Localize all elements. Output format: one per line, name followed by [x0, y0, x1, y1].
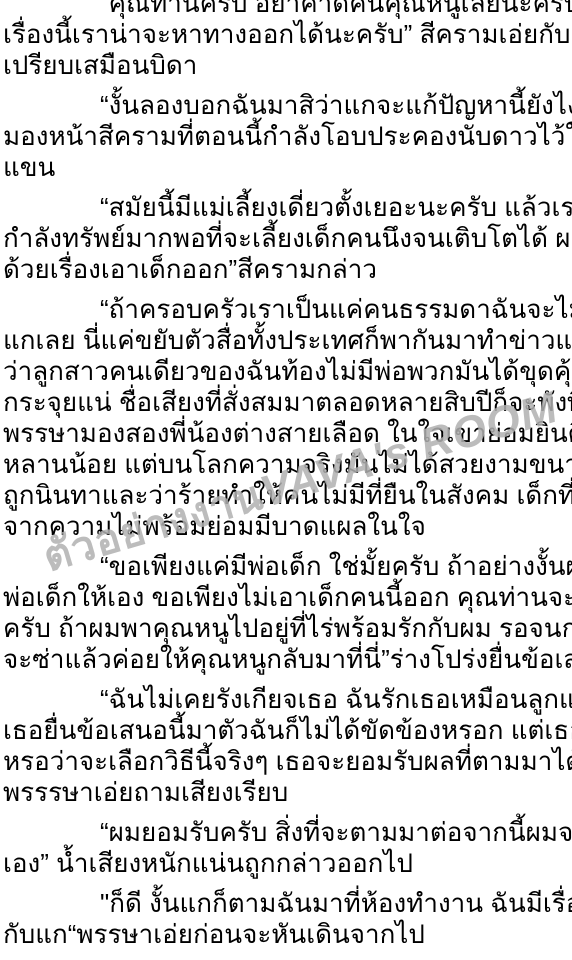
novel-text-content: “คุณท่านครับ อย่าคาดคั้นคุณหนูเลยนะครับ …	[0, 0, 572, 950]
text-line: “ขอเพียงแค่มีพ่อเด็ก ใช่มั้ยครับ ถ้าอย่า…	[3, 551, 562, 582]
text-line: ว่าลูกสาวคนเดียวของฉันท้องไม่มีพ่อพวกมัน…	[3, 356, 562, 387]
text-line: กระจุยแน่ ชื่อเสียงที่สั่งสมมาตลอดหลายสิ…	[3, 387, 562, 418]
text-line: “ผมยอมรับครับ สิ่งที่จะตามมาต่อจากนี้ผมจ…	[3, 817, 562, 848]
text-line: ครับ ถ้าผมพาคุณหนูไปอยู่ที่ไร่พร้อมรักกั…	[3, 613, 562, 644]
paragraph: “สมัยนี้มีแม่เลี้ยงเดี่ยวตั้งเยอะนะครับ …	[3, 192, 562, 285]
paragraph: “ขอเพียงแค่มีพ่อเด็ก ใช่มั้ยครับ ถ้าอย่า…	[3, 551, 562, 675]
paragraph: “คุณท่านครับ อย่าคาดคั้นคุณหนูเลยนะครับ …	[3, 0, 562, 81]
text-line: “ถ้าครอบครัวเราเป็นแค่คนธรรมดาฉันจะไม่ว่…	[3, 294, 562, 325]
text-line: เธอยื่นข้อเสนอนี้มาตัวฉันก็ไม่ได้ขัดข้อง…	[3, 715, 562, 746]
text-line: แขน	[3, 152, 562, 183]
text-line: "ก็ดี งั้นแกก็ตามฉันมาที่ห้องทำงาน ฉันมี…	[3, 888, 562, 919]
text-line: กำลังทรัพย์มากพอที่จะเลี้ยงเด็กคนนึงจนเต…	[3, 223, 562, 254]
text-line: “สมัยนี้มีแม่เลี้ยงเดี่ยวตั้งเยอะนะครับ …	[3, 192, 562, 223]
text-line: “ฉันไม่เคยรังเกียจเธอ ฉันรักเธอเหมือนลูก…	[3, 684, 562, 715]
text-line: พ่อเด็กให้เอง ขอเพียงไม่เอาเด็กคนนี้ออก …	[3, 582, 562, 613]
text-line: หลานน้อย แต่บนโลกความจริงมันไม่ได้สวยงาม…	[3, 449, 562, 480]
paragraph: “ผมยอมรับครับ สิ่งที่จะตามมาต่อจากนี้ผมจ…	[3, 817, 562, 879]
text-line: จะซ่าแล้วค่อยให้คุณหนูกลับมาที่นี่”ร่างโ…	[3, 644, 562, 675]
paragraph: “งั้นลองบอกฉันมาสิว่าแกจะแก้ปัญหานี้ยังไ…	[3, 90, 562, 183]
text-line: มองหน้าสีครามที่ตอนนี้กำลังโอบประคองนับด…	[3, 121, 562, 152]
text-line: หรอว่าจะเลือกวิธีนี้จริงๆ เธอจะยอมรับผลท…	[3, 746, 562, 777]
text-line: ถูกนินทาและว่าร้ายทำให้คนไม่มีที่ยืนในสั…	[3, 480, 562, 511]
text-line: จากความไม่พร้อมย่อมมีบาดแผลในใจ	[3, 511, 562, 542]
text-line: เอง” น้ำเสียงหนักแน่นถูกกล่าวออกไป	[3, 848, 562, 879]
text-line: ด้วยเรื่องเอาเด็กออก”สีครามกล่าว	[3, 254, 562, 285]
text-line: พรรรษาเอ่ยถามเสียงเรียบ	[3, 777, 562, 808]
text-line: “คุณท่านครับ อย่าคาดคั้นคุณหนูเลยนะครับ …	[3, 0, 562, 19]
text-line: พรรษามองสองพี่น้องต่างสายเลือด ในใจเขาย่…	[3, 418, 562, 449]
text-line: เรื่องนี้เราน่าจะหาทางออกได้นะครับ” สีคร…	[3, 19, 562, 50]
paragraph: “ถ้าครอบครัวเราเป็นแค่คนธรรมดาฉันจะไม่ว่…	[3, 294, 562, 542]
text-line: “งั้นลองบอกฉันมาสิว่าแกจะแก้ปัญหานี้ยังไ…	[3, 90, 562, 121]
paragraph: "ก็ดี งั้นแกก็ตามฉันมาที่ห้องทำงาน ฉันมี…	[3, 888, 562, 950]
text-line: แกเลย นี่แค่ขยับตัวสื่อทั้งประเทศก็พากัน…	[3, 325, 562, 356]
text-line: กับแก“พรรษาเอ่ยก่อนจะหันเดินจากไป	[3, 919, 562, 950]
paragraph: “ฉันไม่เคยรังเกียจเธอ ฉันรักเธอเหมือนลูก…	[3, 684, 562, 808]
text-line: เปรียบเสมือนบิดา	[3, 50, 562, 81]
